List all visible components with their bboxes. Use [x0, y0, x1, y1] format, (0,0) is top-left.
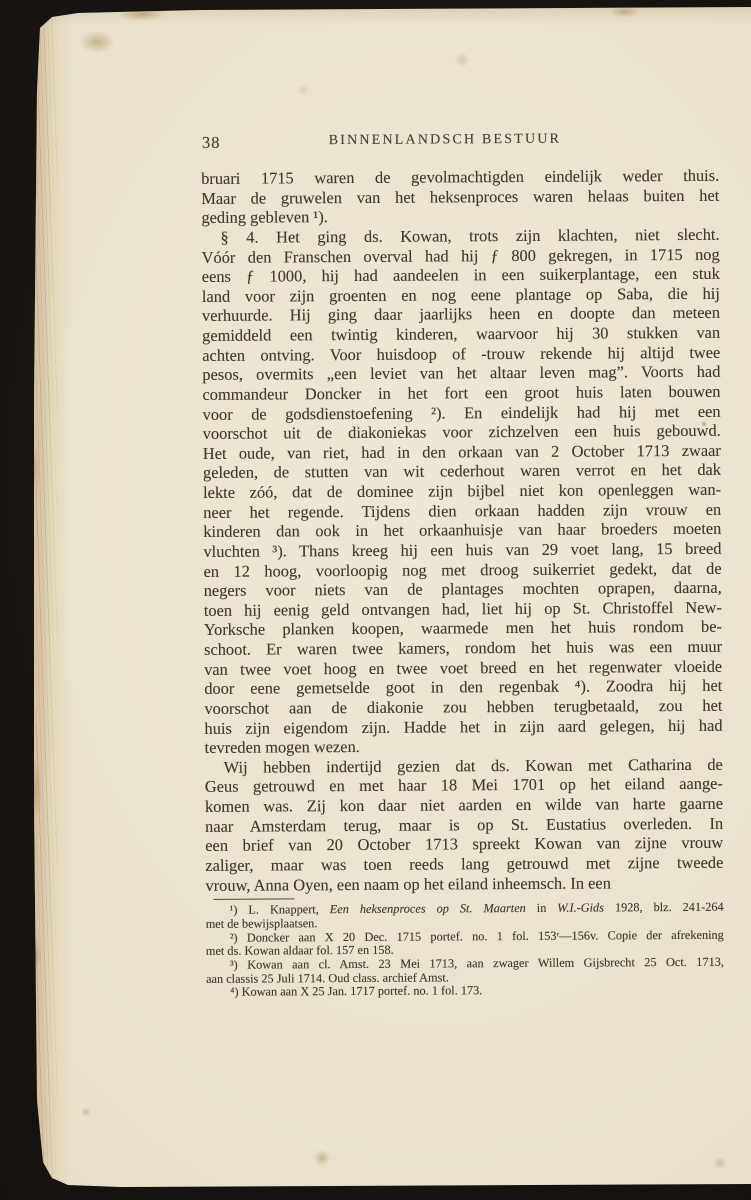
text-line: vrouw, Anna Oyen, een naam op het eiland…	[205, 872, 723, 895]
footnote-text: in	[526, 901, 558, 915]
text-line: vluchten ³). Thans kreeg hij een huis va…	[203, 539, 721, 562]
footnote-text: ³) Kowan aan cl. Amst. 23 Mei 1713, aan …	[230, 955, 724, 972]
citation-title: W.I.-Gids	[557, 901, 604, 915]
footnote-text: 1928, blz. 241-264	[604, 900, 724, 915]
text-line: voorschot aan de diakonie zou hebben ter…	[204, 696, 722, 719]
footnote-text: ¹) L. Knappert,	[230, 902, 330, 917]
text-line: bruari 1715 waren de gevolmachtigden ein…	[201, 166, 719, 189]
book-page: 38 BINNENLANDSCH BESTUUR bruari 1715 war…	[0, 0, 751, 1200]
text-line: lekte zóó, dat de dominee zijn bijbel ni…	[203, 480, 721, 503]
text-line: Maar de gruwelen van het heksenproces wa…	[201, 185, 719, 208]
footnote-separator	[214, 898, 295, 899]
footnote-text: ²) Doncker aan X 20 Dec. 1715 portef. no…	[230, 927, 724, 944]
footnote-text: met de bewijsplaatsen.	[206, 916, 318, 931]
footnote-line: ⁴) Kowan aan X 25 Jan. 1717 portef. no. …	[206, 983, 724, 1000]
paragraph: § 4. Het ging ds. Kowan, trots zijn klac…	[201, 225, 722, 758]
footnote: ³) Kowan aan cl. Amst. 23 Mei 1713, aan …	[206, 956, 724, 987]
page-header: 38 BINNENLANDSCH BESTUUR	[201, 129, 719, 152]
running-title: BINNENLANDSCH BESTUUR	[201, 131, 689, 150]
paragraph: bruari 1715 waren de gevolmachtigden ein…	[201, 166, 719, 228]
body-text: bruari 1715 waren de gevolmachtigden ein…	[201, 166, 723, 895]
text-line: gemiddeld een twintig kinderen, waarvoor…	[202, 323, 720, 346]
footnote-text: met ds. Kowan aldaar fol. 157 en 158.	[206, 943, 394, 958]
text-line: schoot. Er waren twee kamers, rondom het…	[204, 637, 722, 660]
text-line: zaliger, maar was toen reeds lang getrou…	[205, 853, 723, 876]
text-line: commandeur Doncker in het fort een groot…	[202, 382, 720, 405]
footnotes: ¹) L. Knappert, Een heksenproces op St. …	[206, 901, 725, 1000]
scan-background: 38 BINNENLANDSCH BESTUUR bruari 1715 war…	[0, 0, 751, 1200]
text-line: komen was. Zij kon daar niet aarden en w…	[205, 794, 723, 817]
footnote: ⁴) Kowan aan X 25 Jan. 1717 portef. no. …	[206, 983, 724, 1000]
text-line: huis zijn eigendom zijn. Hadde het in zi…	[204, 715, 722, 738]
page-edge-texture	[36, 12, 60, 1188]
paragraph: Wij hebben indertijd gezien dat ds. Kowa…	[205, 754, 724, 895]
citation-title: Een heksenproces op St. Maarten	[330, 901, 526, 916]
text-line: § 4. Het ging ds. Kowan, trots zijn klac…	[201, 225, 719, 248]
footnote-text: ⁴) Kowan aan X 25 Jan. 1717 portef. no. …	[230, 984, 482, 1000]
page-content: 38 BINNENLANDSCH BESTUUR bruari 1715 war…	[201, 129, 724, 1000]
